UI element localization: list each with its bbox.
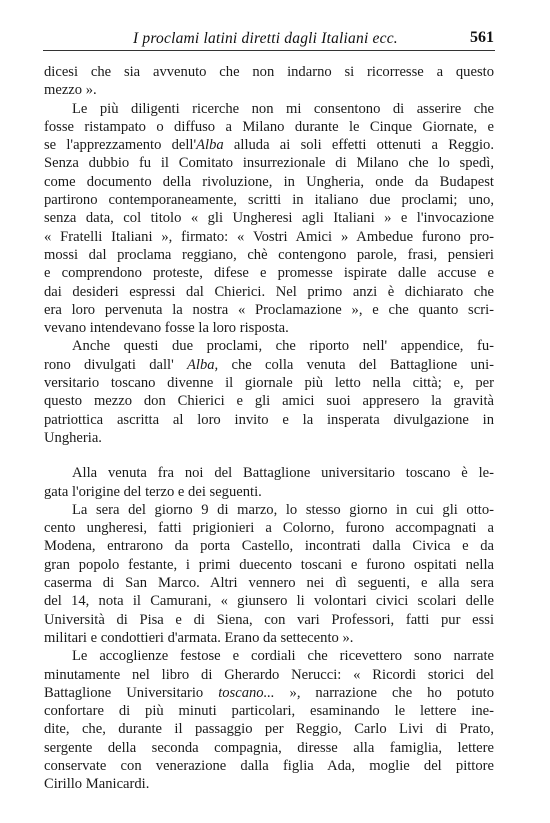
text-line: Senza dubbio fu il Comitato insurreziona…	[44, 154, 494, 172]
text-line: « Fratelli Italiani », firmato: « Vostri…	[44, 228, 494, 246]
body-text: dicesi che sia avvenuto che non indarno …	[44, 63, 494, 794]
text-line: cento ungheresi, fatti prigionieri a Col…	[44, 519, 494, 537]
text-line: questo mezzo don Chierici e gli amici su…	[44, 392, 494, 410]
text-line: minutamente nel libro di Gherardo Nerucc…	[44, 666, 494, 684]
text-segment: », narrazione che ho potuto	[275, 685, 494, 701]
text-line: e comprendono proteste, difese e promess…	[44, 264, 494, 282]
page-number: 561	[470, 29, 494, 47]
running-title: I proclami latini diretti dagli Italiani…	[133, 30, 398, 48]
italic-title-alba: Alba	[196, 137, 224, 153]
text-line: senza data, col titolo « gli Ungheresi a…	[44, 209, 494, 227]
text-line: Cirillo Manicardi.	[44, 775, 494, 793]
italic-title-alba: Alba,	[187, 357, 218, 373]
text-line: militari e condottieri d'armata. Erano d…	[44, 629, 494, 647]
text-line: gata l'origine del terzo e dei seguenti.	[44, 483, 494, 501]
text-line: mossi dal proclama reggiano, chè conteng…	[44, 246, 494, 264]
text-line: Ungheria.	[44, 429, 494, 447]
text-line: se l'apprezzamento dell'Alba alluda ai s…	[44, 136, 494, 154]
text-line: Università di Pisa e di Siena, con vari …	[44, 611, 494, 629]
text-line: dite, che, durante il passaggio per Regg…	[44, 720, 494, 738]
paragraph-start-line: La sera del giorno 9 di marzo, lo stesso…	[44, 501, 494, 519]
text-line: mezzo ».	[44, 81, 494, 99]
text-line: conservate con venerazione dalla figlia …	[44, 757, 494, 775]
book-page: I proclami latini diretti dagli Italiani…	[0, 0, 550, 823]
text-line: rono divulgati dall' Alba, che colla ven…	[44, 356, 494, 374]
text-line: Modena, entrarono da porta Castello, inc…	[44, 537, 494, 555]
text-line: vevano intendevano fosse la loro rispost…	[44, 319, 494, 337]
text-line: sergente della seconda compagnia, diress…	[44, 739, 494, 757]
text-line: versitario toscano divenne il giornale p…	[44, 374, 494, 392]
italic-title-toscano: toscano...	[218, 685, 274, 701]
text-line: gran popolo festante, i primi duecento t…	[44, 556, 494, 574]
text-line: dicesi che sia avvenuto che non indarno …	[44, 63, 494, 81]
text-segment: Battaglione Universitario	[44, 685, 218, 701]
text-line: dai desideri espressi dal Chierici. Nel …	[44, 283, 494, 301]
text-line: come documento della rivoluzione, in Ung…	[44, 173, 494, 191]
paragraph-start-line: Alla venuta fra noi del Battaglione univ…	[44, 464, 494, 482]
text-line: del 14, nota il Camurani, « giunsero li …	[44, 592, 494, 610]
text-line: caserma di San Marco. Altri vennero nei …	[44, 574, 494, 592]
text-segment: rono divulgati dall'	[44, 357, 187, 373]
running-header: I proclami latini diretti dagli Italiani…	[43, 28, 495, 51]
text-line: era loro pervenuta la nostra « Proclamaz…	[44, 301, 494, 319]
text-line: fosse ristampato o diffuso a Milano dura…	[44, 118, 494, 136]
text-line: patriottica ascritta al loro invito e la…	[44, 411, 494, 429]
paragraph-start-line: Le più diligenti ricerche non mi consent…	[44, 100, 494, 118]
text-line: Battaglione Universitario toscano... », …	[44, 684, 494, 702]
text-line: partirono contemporaneamente, scritti in…	[44, 191, 494, 209]
text-segment: che colla venuta del Battaglione uni-	[218, 357, 494, 373]
text-segment: se l'apprezzamento dell'	[44, 137, 196, 153]
text-line: confortare di più minuti particolari, es…	[44, 702, 494, 720]
paragraph-start-line: Le accoglienze festose e cordiali che ri…	[44, 647, 494, 665]
section-gap	[44, 447, 494, 464]
text-segment: alluda ai soli effetti ottenuti a Reggio…	[224, 137, 494, 153]
paragraph-start-line: Anche questi due proclami, che riporto n…	[44, 337, 494, 355]
